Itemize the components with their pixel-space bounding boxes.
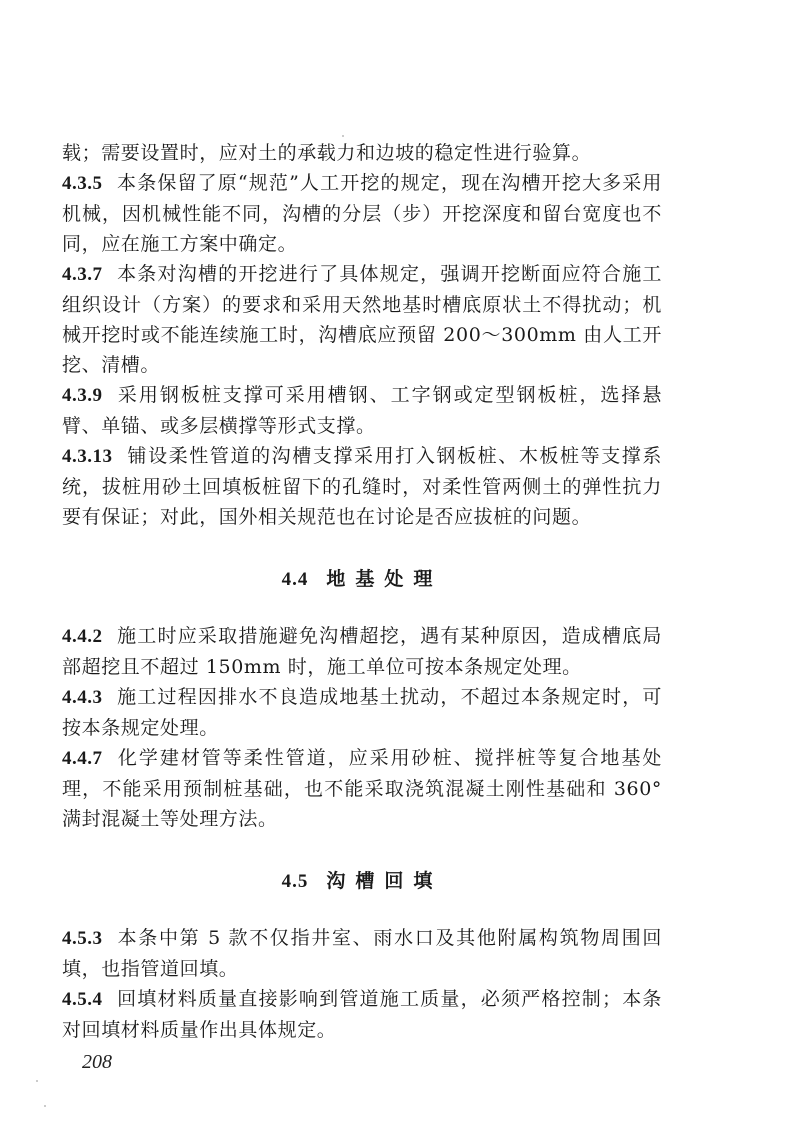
- clause-number: 4.5.3: [62, 928, 103, 949]
- scan-speck: [36, 1080, 38, 1082]
- paragraph-text: 载；需要设置时，应对土的承载力和边坡的稳定性进行验算。: [62, 142, 591, 164]
- clause-text: 化学建材管等柔性管道，应采用砂桩、搅拌桩等复合地基处理，不能采用预制桩基础，也不…: [62, 747, 662, 830]
- clause-text: 采用钢板桩支撑可采用槽钢、工字钢或定型钢板桩，选择悬臂、单锚、或多层横撑等形式支…: [62, 384, 662, 437]
- clause-number: 4.5.4: [62, 989, 103, 1010]
- clause-number: 4.4.2: [62, 626, 103, 647]
- clause-number: 4.4.3: [62, 687, 103, 708]
- section-number: 4.4: [282, 569, 309, 590]
- clause-text: 回填材料质量直接影响到管道施工质量，必须严格控制；本条对回填材料质量作出具体规定…: [62, 988, 662, 1041]
- scan-speck: [342, 135, 344, 137]
- section-heading-4-4: 4.4地基处理: [62, 564, 662, 595]
- clause-number: 4.3.5: [62, 173, 103, 194]
- section-heading-4-5: 4.5沟槽回填: [62, 866, 662, 897]
- section-number: 4.5: [282, 871, 309, 892]
- paragraph-continuation: 载；需要设置时，应对土的承载力和边坡的稳定性进行验算。: [62, 138, 662, 168]
- clause-text: 铺设柔性管道的沟槽支撑采用打入钢板桩、木板桩等支撑系统，拔桩用砂土回填板桩留下的…: [62, 445, 662, 528]
- clause-text: 施工时应采取措施避免沟槽超挖，遇有某种原因，造成槽底局部超挖且不超过 150mm…: [62, 625, 662, 678]
- clause-4-3-5: 4.3.5本条保留了原“规范”人工开挖的规定，现在沟槽开挖大多采用机械，因机械性…: [62, 168, 662, 259]
- clause-4-4-3: 4.4.3施工过程因排水不良造成地基土扰动，不超过本条规定时，可按本条规定处理。: [62, 682, 662, 743]
- clause-4-4-2: 4.4.2施工时应采取措施避免沟槽超挖，遇有某种原因，造成槽底局部超挖且不超过 …: [62, 621, 662, 682]
- clause-text: 本条中第 5 款不仅指井室、雨水口及其他附属构筑物周围回填，也指管道回填。: [62, 927, 662, 980]
- section-title: 沟槽回填: [326, 870, 442, 892]
- clause-number: 4.3.7: [62, 264, 103, 285]
- clause-number: 4.3.9: [62, 385, 103, 406]
- clause-text: 施工过程因排水不良造成地基土扰动，不超过本条规定时，可按本条规定处理。: [62, 686, 662, 739]
- clause-number: 4.3.13: [62, 446, 113, 467]
- clause-4-5-4: 4.5.4回填材料质量直接影响到管道施工质量，必须严格控制；本条对回填材料质量作…: [62, 984, 662, 1045]
- clause-4-3-7: 4.3.7本条对沟槽的开挖进行了具体规定，强调开挖断面应符合施工组织设计（方案）…: [62, 259, 662, 380]
- clause-4-5-3: 4.5.3本条中第 5 款不仅指井室、雨水口及其他附属构筑物周围回填，也指管道回…: [62, 923, 662, 984]
- clause-text: 本条对沟槽的开挖进行了具体规定，强调开挖断面应符合施工组织设计（方案）的要求和采…: [62, 263, 662, 376]
- clause-4-3-9: 4.3.9采用钢板桩支撑可采用槽钢、工字钢或定型钢板桩，选择悬臂、单锚、或多层横…: [62, 380, 662, 441]
- section-title: 地基处理: [326, 568, 442, 590]
- clause-text: 本条保留了原“规范”人工开挖的规定，现在沟槽开挖大多采用机械，因机械性能不同，沟…: [62, 172, 662, 255]
- page-number: 208: [82, 1051, 112, 1074]
- document-page: 载；需要设置时，应对土的承载力和边坡的稳定性进行验算。 4.3.5本条保留了原“…: [62, 138, 662, 1045]
- clause-4-4-7: 4.4.7化学建材管等柔性管道，应采用砂桩、搅拌桩等复合地基处理，不能采用预制桩…: [62, 743, 662, 834]
- clause-number: 4.4.7: [62, 748, 103, 769]
- clause-4-3-13: 4.3.13铺设柔性管道的沟槽支撑采用打入钢板桩、木板桩等支撑系统，拔桩用砂土回…: [62, 441, 662, 532]
- scan-speck: [44, 1105, 46, 1107]
